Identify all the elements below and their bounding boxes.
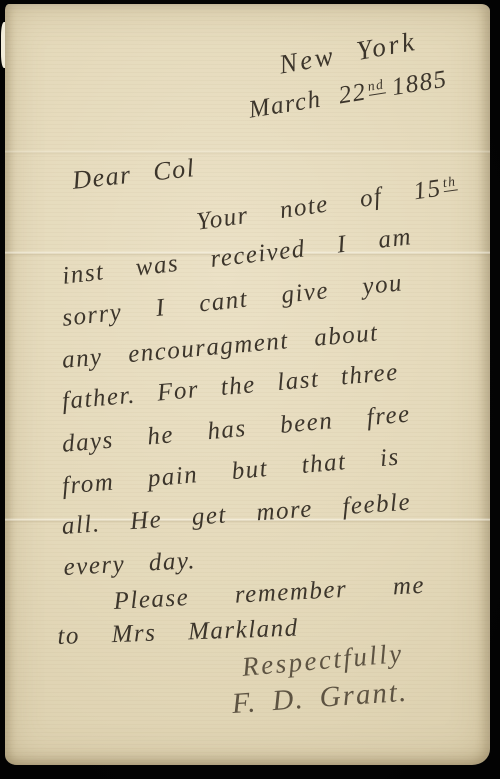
letter-body-line: all. He get more feeble [61,490,412,539]
photo-background: New York March 22nd1885 Dear Col Your no… [0,0,500,779]
letter-opening-line: Your note of 15th [195,173,459,234]
letter-signature: F. D. Grant. [231,678,409,719]
letter-salutation: Dear Col [71,155,197,194]
letter-date-day: March 22 [247,78,369,123]
letter-place: New York [277,28,419,79]
fold-crease [5,150,490,155]
letter-closing: Respectfully [241,640,405,681]
letter-date-ordinal: nd [367,78,386,96]
letter-body-line: Please remember me [113,573,426,614]
letter-opening-ordinal: th [442,175,458,193]
letter-date-year: 1885 [390,66,450,101]
letter-page: New York March 22nd1885 Dear Col Your no… [5,4,490,765]
letter-body-line: to Mrs Markland [57,616,299,649]
letter-body-line: every day. [63,548,196,580]
letter-date: March 22nd1885 [247,67,449,123]
